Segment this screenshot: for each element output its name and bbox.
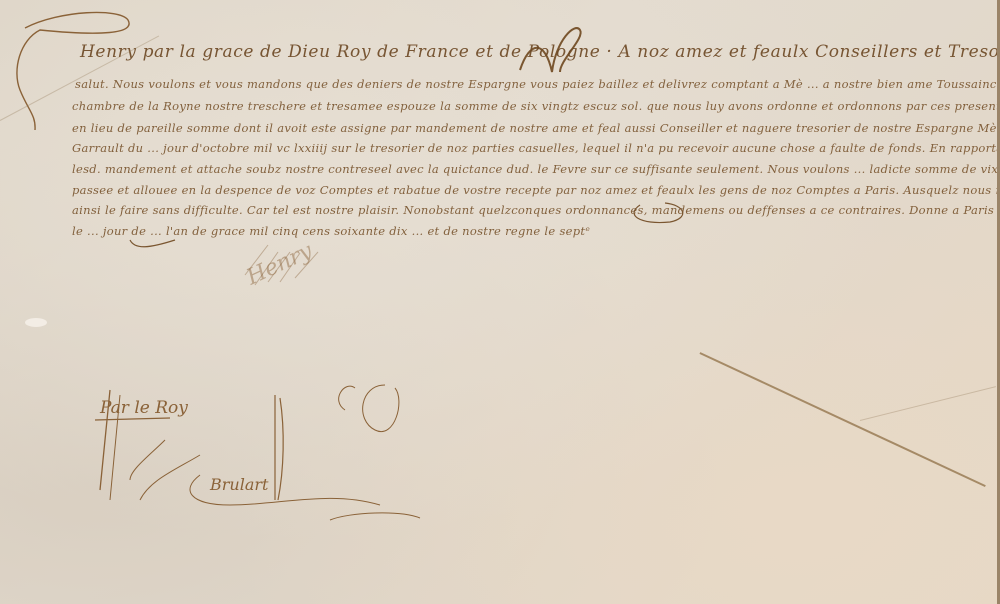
- text-line-8: ainsi le faire sans difficulte. Car tel …: [72, 203, 994, 217]
- text-line-5: Garrault du ... jour d'octobre mil vc lx…: [72, 141, 1000, 155]
- parchment-hole: [25, 318, 47, 327]
- signature-par-le-roy: Par le Roy: [100, 398, 188, 418]
- text-line-2: salut. Nous voulons et vous mandons que …: [75, 77, 1000, 91]
- text-line-1: Henry par la grace de Dieu Roy de France…: [80, 42, 1000, 62]
- text-line-4: en lieu de pareille somme dont il avoit …: [72, 121, 1000, 135]
- manuscript-parchment: Henry par la grace de Dieu Roy de France…: [0, 0, 1000, 604]
- text-line-6: lesd. mandement et attache soubz nostre …: [72, 162, 1000, 176]
- signature-brulart: Brulart: [210, 475, 268, 494]
- text-line-3: chambre de la Royne nostre treschere et …: [72, 99, 1000, 113]
- text-line-7: passee et allouee en la despence de voz …: [72, 183, 1000, 197]
- text-line-9: le ... jour de ... l'an de grace mil cin…: [72, 224, 590, 238]
